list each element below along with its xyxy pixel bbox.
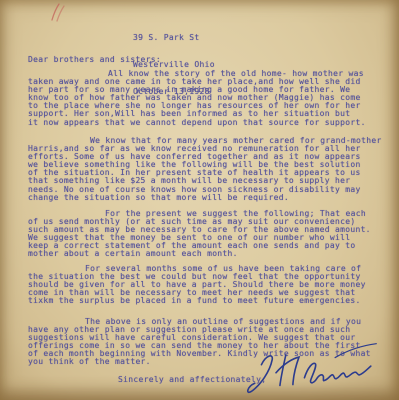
paragraph-surplus-fund: For several months some of us have been … [28, 265, 366, 305]
handwritten-signature [238, 340, 391, 400]
scanned-letter-page: 39 S. Park St Westerville Ohio October 1… [0, 0, 399, 400]
address-line1: 39 S. Park St [133, 33, 215, 42]
paragraph-grandmother-care: We know that for many years mother cared… [28, 137, 382, 202]
red-pencil-mark [44, 2, 68, 24]
salutation: Dear brothers and sisters: [28, 56, 161, 64]
paragraph-monthly-suggestion: For the present we suggest the following… [28, 210, 371, 259]
paragraph-old-home: All know the story of the old home- how … [28, 70, 366, 127]
